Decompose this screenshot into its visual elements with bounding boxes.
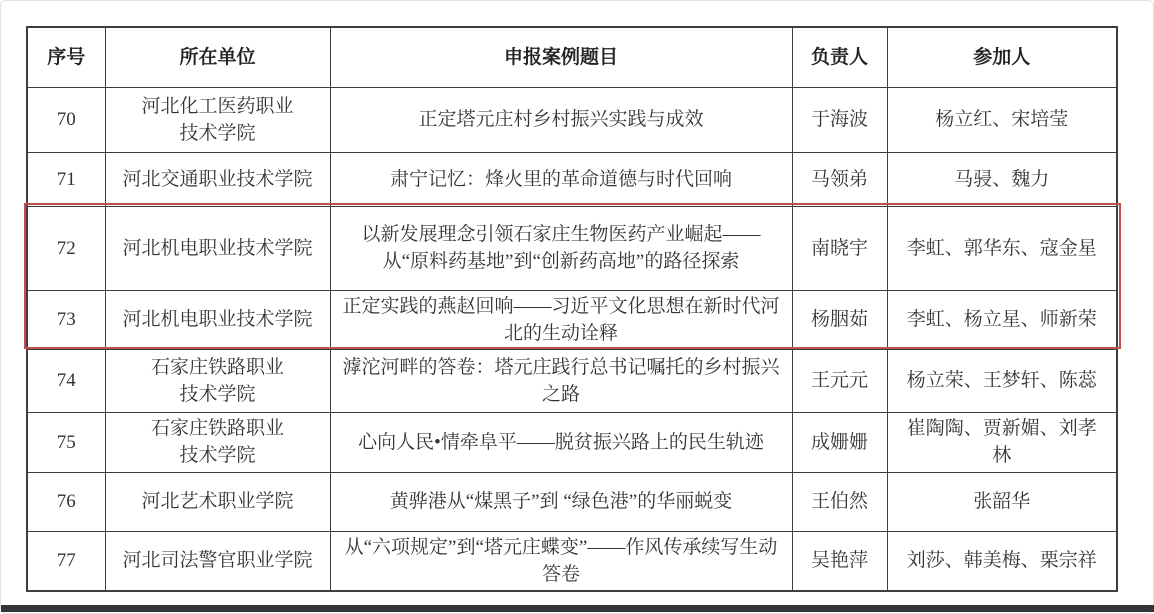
- cell-title: 心向人民•情牵阜平——脱贫振兴路上的民生轨迹: [330, 412, 792, 472]
- cell-participants: 刘莎、韩美梅、栗宗祥: [887, 531, 1117, 591]
- table-row: 77河北司法警官职业学院从“六项规定”到“塔元庄蝶变”——作风传承续写生动答卷吴…: [27, 531, 1117, 591]
- cell-leader: 成姗姗: [792, 412, 887, 472]
- cell-no: 75: [27, 412, 105, 472]
- cell-no: 77: [27, 531, 105, 591]
- cell-org: 河北机电职业技术学院: [105, 206, 330, 290]
- cell-no: 76: [27, 472, 105, 531]
- bottom-bar: [1, 605, 1154, 612]
- cell-org: 河北机电职业技术学院: [105, 290, 330, 349]
- cell-leader: 南晓宇: [792, 206, 887, 290]
- table-row: 70河北化工医药职业 技术学院正定塔元庄村乡村振兴实践与成效于海波杨立红、宋培莹: [27, 87, 1117, 152]
- cell-participants: 李虹、杨立星、师新荣: [887, 290, 1117, 349]
- cell-leader: 王伯然: [792, 472, 887, 531]
- column-header-leader: 负责人: [792, 27, 887, 87]
- cell-leader: 吴艳萍: [792, 531, 887, 591]
- table-row: 75石家庄铁路职业 技术学院心向人民•情牵阜平——脱贫振兴路上的民生轨迹成姗姗崔…: [27, 412, 1117, 472]
- table-header-row: 序号 所在单位 申报案例题目 负责人 参加人: [27, 27, 1117, 87]
- cell-no: 73: [27, 290, 105, 349]
- cell-no: 70: [27, 87, 105, 152]
- cell-org: 河北化工医药职业 技术学院: [105, 87, 330, 152]
- column-header-no: 序号: [27, 27, 105, 87]
- cell-no: 74: [27, 349, 105, 412]
- cell-title: 滹沱河畔的答卷：塔元庄践行总书记嘱托的乡村振兴之路: [330, 349, 792, 412]
- cell-title: 正定实践的燕赵回响——习近平文化思想在新时代河北的生动诠释: [330, 290, 792, 349]
- page-frame: 序号 所在单位 申报案例题目 负责人 参加人 70河北化工医药职业 技术学院正定…: [0, 0, 1154, 614]
- cell-participants: 张韶华: [887, 472, 1117, 531]
- cell-participants: 马骎、魏力: [887, 152, 1117, 206]
- column-header-participants: 参加人: [887, 27, 1117, 87]
- cell-participants: 杨立荣、王梦轩、陈蕊: [887, 349, 1117, 412]
- table-row: 73河北机电职业技术学院正定实践的燕赵回响——习近平文化思想在新时代河北的生动诠…: [27, 290, 1117, 349]
- cell-org: 石家庄铁路职业 技术学院: [105, 349, 330, 412]
- column-header-title: 申报案例题目: [330, 27, 792, 87]
- cell-org: 河北司法警官职业学院: [105, 531, 330, 591]
- cell-title: 正定塔元庄村乡村振兴实践与成效: [330, 87, 792, 152]
- cell-leader: 杨胭茹: [792, 290, 887, 349]
- table-row: 72河北机电职业技术学院以新发展理念引领石家庄生物医药产业崛起——从“原料药基地…: [27, 206, 1117, 290]
- cell-leader: 马领弟: [792, 152, 887, 206]
- cell-leader: 王元元: [792, 349, 887, 412]
- cell-title: 以新发展理念引领石家庄生物医药产业崛起——从“原料药基地”到“创新药高地”的路径…: [330, 206, 792, 290]
- cell-title: 黄骅港从“煤黑子”到 “绿色港”的华丽蜕变: [330, 472, 792, 531]
- table-row: 76河北艺术职业学院黄骅港从“煤黑子”到 “绿色港”的华丽蜕变王伯然张韶华: [27, 472, 1117, 531]
- cell-org: 河北交通职业技术学院: [105, 152, 330, 206]
- cell-title: 肃宁记忆：烽火里的革命道德与时代回响: [330, 152, 792, 206]
- cell-org: 河北艺术职业学院: [105, 472, 330, 531]
- cell-participants: 李虹、郭华东、寇金星: [887, 206, 1117, 290]
- cases-table: 序号 所在单位 申报案例题目 负责人 参加人 70河北化工医药职业 技术学院正定…: [26, 26, 1118, 592]
- cell-no: 71: [27, 152, 105, 206]
- cell-org: 石家庄铁路职业 技术学院: [105, 412, 330, 472]
- cell-title: 从“六项规定”到“塔元庄蝶变”——作风传承续写生动答卷: [330, 531, 792, 591]
- cell-participants: 崔陶陶、贾新媚、刘孝林: [887, 412, 1117, 472]
- table-row: 71河北交通职业技术学院肃宁记忆：烽火里的革命道德与时代回响马领弟马骎、魏力: [27, 152, 1117, 206]
- cell-participants: 杨立红、宋培莹: [887, 87, 1117, 152]
- column-header-org: 所在单位: [105, 27, 330, 87]
- cell-no: 72: [27, 206, 105, 290]
- cell-leader: 于海波: [792, 87, 887, 152]
- table-row: 74石家庄铁路职业 技术学院滹沱河畔的答卷：塔元庄践行总书记嘱托的乡村振兴之路王…: [27, 349, 1117, 412]
